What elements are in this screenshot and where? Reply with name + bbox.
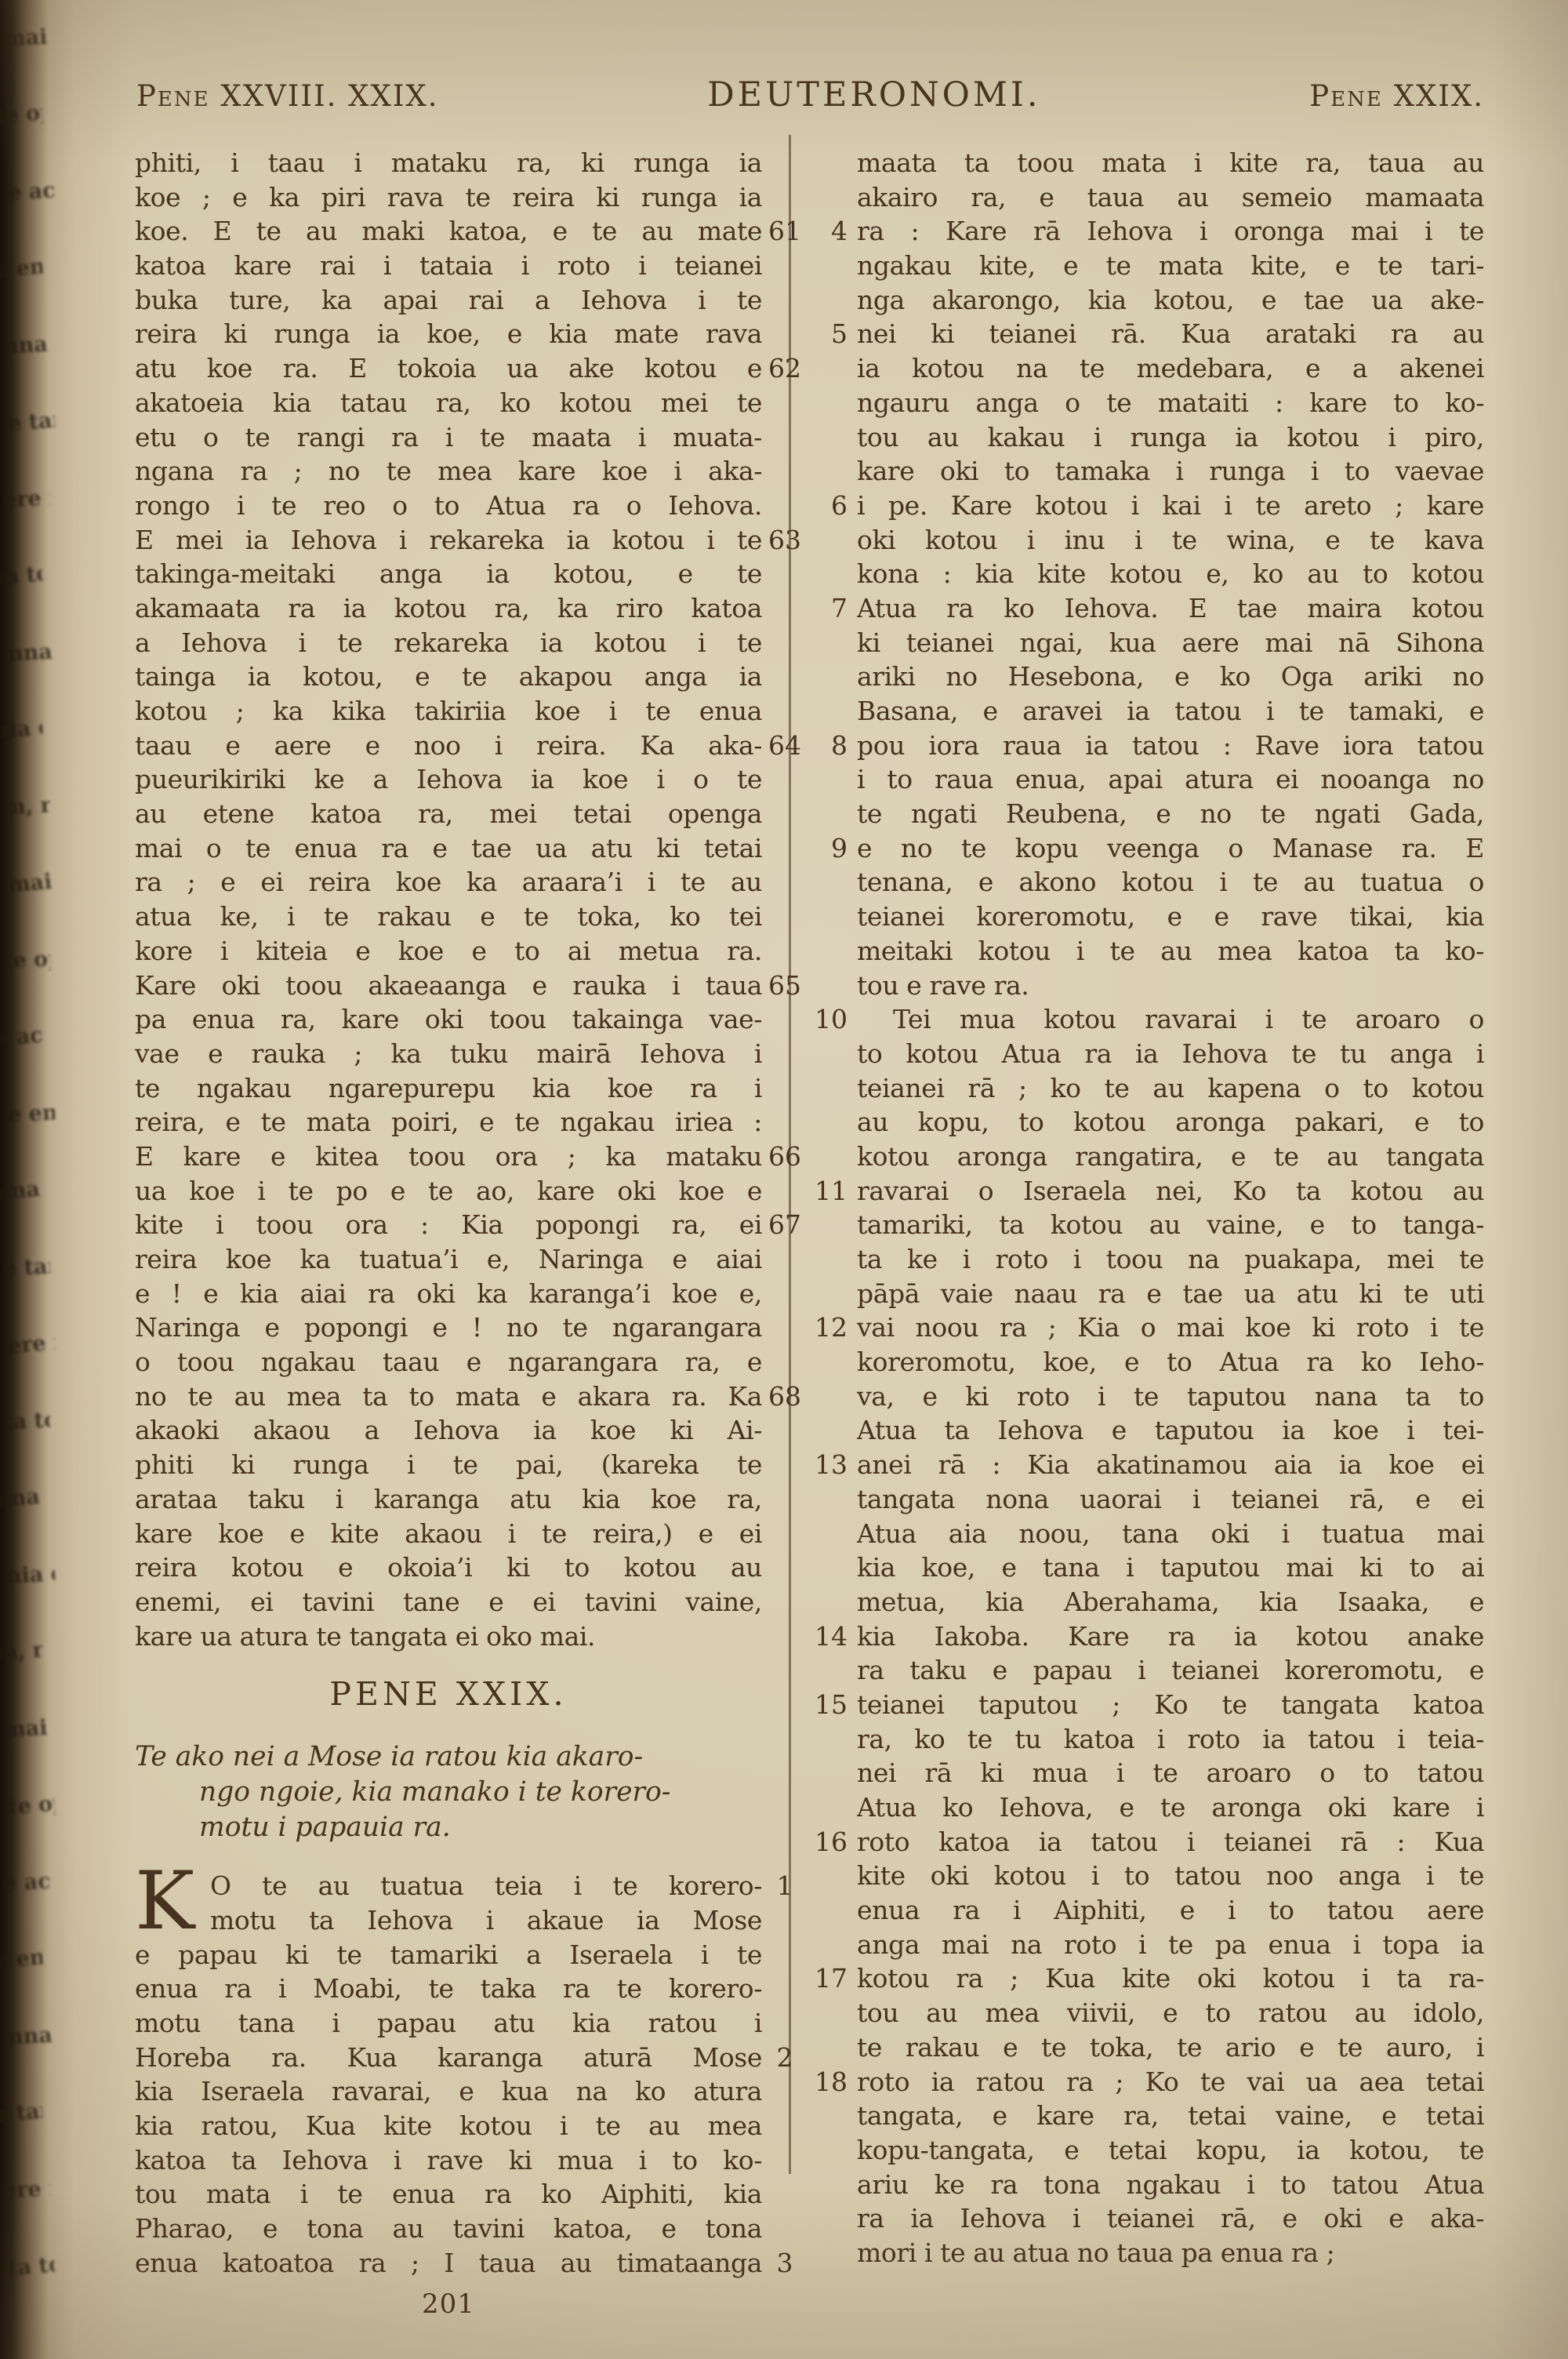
text-line: tou au mea viivii, e to ratou au idolo, [857,1996,1484,2030]
verse-number: 64 [767,729,803,763]
text-line: Atua aia noou, tana oki i tuatua mai [857,1517,1484,1551]
line-text: akatoeia kia tatau ra, ko kotou mei te [135,386,762,420]
text-line: tou au kakau i runga ia kotou i piro, [857,420,1484,455]
text-line: kotou ; ka kika takiriia koe i te enua [135,694,762,729]
text-line: akamaata ra ia kotou ra, ka riro katoa [135,591,762,626]
text-line: katoa ta Iehova i rave ki mua i to ko- [135,2143,762,2178]
text-line: pueurikiriki ke a Iehova ia koe i o te [135,762,762,797]
gutter-text-fragment: e enn [0,229,45,310]
line-text: phiti, i taau i mataku ra, ki runga ia [135,146,762,180]
text-line: enua ra i Moabi, te taka ra te korero- [135,1972,762,2006]
line-text: kore i kiteia e koe e to ai metua ra. [135,934,762,969]
text-line: taau e aere e noo i reira. Ka aka-64 [135,729,762,763]
line-text: Basana, e aravei ia tatou i te tamaki, e [857,694,1484,729]
text-line: e no te kopu veenga o Manase ra. E9 [857,831,1484,866]
text-line: buka ture, ka apai rai a Iehova i te [135,283,762,318]
text-line: motu tana i papau atu kia ratou i [135,2006,762,2041]
verse-number: 5 [805,317,848,351]
line-text: Kare oki toou akaeaanga e rauka i taua [135,969,762,1003]
text-line: enua ra i Aiphiti, e i to tatou aere [857,1893,1484,1928]
text-line: kare oki to tamaka i runga i to vaevae [857,454,1484,489]
gutter-text-fragment: ta to [1,1382,52,1461]
text-line: ia kotou na te medebara, e a akenei [857,351,1484,386]
line-text: kotou aronga rangatira, e te au tangata [857,1140,1484,1174]
text-line: Horeba ra. Kua karanga aturā Mose2 [135,2041,762,2075]
line-text: ngo ngoie, kia manako i te korero- [135,1775,762,1809]
line-text: te ngakau ngarepurepu kia koe ra i [135,1071,762,1106]
text-line: Atua ra ko Iehova. E tae maira kotou7 [857,591,1484,626]
verse-number: 1 [767,1869,803,1903]
line-text: enemi, ei tavini tane e ei tavini vaine, [135,1585,762,1619]
text-line: au kopu, to kotou aronga pakari, e to [857,1105,1484,1140]
text-line: tangata, e kare ra, tetai vaine, e tetai [857,2099,1484,2133]
text-line: no te au mea ta to mata e akara ra. Ka68 [135,1379,762,1414]
line-text: tou au kakau i runga ia kotou i piro, [857,420,1484,455]
text-line: e ! e kia aiai ra oki ka karanga’i koe e… [135,1277,762,1311]
text-line: meitaki kotou i te au mea katoa ta ko- [857,934,1484,969]
text-line: oki kotou i inu i te wina, e te kava [857,523,1484,558]
chapter-intro-summary: Te ako nei a Mose ia ratou kia akaro-ngo… [135,1739,762,1845]
text-line: maata ta toou mata i kite ra, taua au [857,146,1484,180]
line-text: motu tana i papau atu kia ratou i [135,2006,762,2041]
text-line: reira kotou e okoia’i ki to kotou au [135,1550,762,1585]
line-text: oki kotou i inu i te wina, e te kava [857,523,1484,558]
text-line: ua koe i te po e te ao, kare oki koe e [135,1174,762,1209]
text-line: ra ; e ei reira koe ka araara’i i te au [135,865,762,900]
line-text: reira ki runga ia koe, e kia mate rava [135,317,762,351]
text-line: metua, kia Aberahama, kia Isaaka, e [857,1585,1484,1619]
text-line: koe ; e ka piri rava te reira ki runga i… [135,180,762,215]
verse-number: 6 [805,489,848,523]
text-line: kopu-tangata, e tetai kopu, ia kotou, te [857,2133,1484,2168]
gutter-text-fragment: e acto [0,998,45,1078]
verse-number: 7 [805,591,848,626]
verse-number: 15 [805,1688,848,1722]
line-text: vae e rauka ; ka tuku mairā Iehova i [135,1037,762,1071]
text-line: ki teianei ngai, kua aere mai nā Sihona [857,626,1484,660]
text-line: nei ki teianei rā. Kua arataki ra au5 [857,317,1484,351]
line-text: O te au tuatua teia i te korero- [135,1869,762,1903]
line-text: Atua ra ko Iehova. E tae maira kotou [857,591,1484,626]
gutter-text-fragment: mai a [5,844,58,925]
line-text: ariki no Hesebona, e ko Oga ariki no [857,660,1484,694]
text-line: e papau ki te tamariki a Iseraela i te [135,1938,762,1972]
gutter-text-fragment: aia e [0,690,45,771]
line-text: enua ra i Aiphiti, e i to tatou aere [857,1893,1484,1928]
book-title: DEUTERONOMI. [707,75,1040,114]
text-line: kare koe e kite akaou i te reira,) e ei [135,1517,762,1551]
line-text: pou iora raua ia tatou : Rave iora tatou [857,729,1484,763]
text-line: katoa kare rai i tataia i roto i teianei [135,249,762,283]
text-line: ngana ra ; no te mea kare koe i aka- [135,454,762,489]
gutter-text-fragment: e enn [5,1074,56,1154]
scanned-book-page: mai ate ope actoe ennnna me tangere i tt… [0,0,1568,2359]
line-text: etu o te rangi ra i te maata i muata- [135,420,762,455]
gutter-text-fragment: mai a [1,1689,52,1768]
line-text: reira koe ka tuatua’i e, Naringa e aiai [135,1242,762,1277]
line-text: atua ke, i te rakau e te toka, ko tei [135,900,762,934]
line-text: metua, kia Aberahama, kia Isaaka, e [857,1585,1484,1619]
text-line: enemi, ei tavini tane e ei tavini vaine, [135,1585,762,1619]
text-line: reira koe ka tuatua’i e, Naringa e aiai [135,1242,762,1277]
chapter-heading: PENE XXIX. [135,1675,762,1713]
text-line: ra taku e papau i teianei koreromotu, e [857,1653,1484,1688]
line-text: no te au mea ta to mata e akara ra. Ka [135,1379,762,1414]
line-text: enua katoatoa ra ; I taua au timataanga [135,2246,762,2281]
line-text: kite i toou ora : Kia popongi ra, ei [135,1208,762,1242]
line-text: kare koe e kite akaou i te reira,) e ei [135,1517,762,1551]
right-column-verses-4-18: maata ta toou mata i kite ra, taua auaka… [857,146,1484,2270]
line-text: reira, e te mata poiri, e te ngakau irie… [135,1105,762,1140]
left-column-verses-61-68: phiti, i taau i mataku ra, ki runga iako… [135,146,762,1653]
line-text: ngakau kite, e te mata kite, e te tari- [857,249,1484,283]
line-text: taau e aere e noo i reira. Ka aka- [135,729,762,763]
text-line: ngauru anga o te mataiti : kare to ko- [857,386,1484,420]
right-column: maata ta toou mata i kite ra, taua auaka… [857,146,1484,2270]
text-line: kite oki kotou i to tatou noo anga i te [857,1859,1484,1893]
gutter-text-fragment: ere i t [1,460,52,539]
text-line: ngakau kite, e te mata kite, e te tari- [857,249,1484,283]
text-line: kia Iseraela ravarai, e kua na ko atura [135,2074,762,2109]
line-text: ta ke i roto i toou na puakapa, mei te [857,1242,1484,1277]
text-line: Naringa e popongi e ! no te ngarangara [135,1310,762,1345]
line-text: tangata, e kare ra, tetai vaine, e tetai [857,2099,1484,2133]
line-text: teianei rā ; ko te au kapena o to kotou [857,1071,1484,1106]
line-text: Atua ko Iehova, e te aronga oki kare i [857,1790,1484,1825]
text-line: phiti ki runga i te pai, (kareka te [135,1448,762,1482]
line-text: atu koe ra. E tokoia ua ake kotou e [135,351,762,386]
line-text: ra, ko te tu katoa i roto ia tatou i tei… [857,1722,1484,1757]
gutter-text-fragment: e tang [1,1228,52,1307]
text-line: roto katoa ia tatou i teianei rā : Kua16 [857,1825,1484,1859]
text-line: o toou ngakau taau e ngarangara ra, e [135,1345,762,1379]
gutter-text-fragment: ta to [0,536,45,617]
text-line: i to raua enua, apai atura ei nooanga no [857,762,1484,797]
line-text: meitaki kotou i te au mea katoa ta ko- [857,934,1484,969]
line-text: ra ; e ei reira koe ka araara’i i te au [135,865,762,900]
line-text: mai o te enua ra e tae ua atu ki tetai [135,831,762,866]
verse-number: 62 [767,351,803,386]
page-number: 201 [135,2288,762,2320]
line-text: koe ; e ka piri rava te reira ki runga i… [135,180,762,215]
gutter-text-fragment: e tang [0,2074,45,2154]
gutter-text-fragment: e tang [5,383,58,463]
verse-number: 4 [805,214,848,249]
line-text: i pe. Kare kotou i kai i te areto ; kare [857,489,1484,523]
text-line: i pe. Kare kotou i kai i te areto ; kare… [857,489,1484,523]
line-text: roto katoa ia tatou i teianei rā : Kua [857,1825,1484,1859]
text-line: teianei taputou ; Ko te tangata katoa15 [857,1688,1484,1722]
text-line: Basana, e aravei ia tatou i te tamaki, e [857,694,1484,729]
text-line: kia ratou, Kua kite kotou i te au mea [135,2109,762,2143]
drop-cap: K [135,1866,194,1938]
line-text: Te ako nei a Mose ia ratou kia akaro- [135,1739,762,1774]
gutter-text-fragment: ta to [5,2227,58,2308]
line-text: enua ra i Moabi, te taka ra te korero- [135,1972,762,2006]
text-line: enua katoatoa ra ; I taua au timataanga3 [135,2246,762,2281]
line-text: nga akarongo, kia kotou, e tae ua ake- [857,283,1484,318]
line-text: a Iehova i te rekareka ia kotou i te [135,626,762,660]
verse-number: 3 [767,2246,803,2281]
text-line: Tei mua kotou ravarai i te aroaro o10 [857,1002,1484,1037]
text-line: motu ta Iehova i akaue ia Mose [135,1903,762,1938]
gutter-text-fragment: m, ra [0,1612,45,1693]
text-line: kite i toou ora : Kia popongi ra, ei67 [135,1208,762,1242]
line-text: ra ia Iehova i teianei rā, e oki e aka- [857,2201,1484,2236]
verse-number: 8 [805,729,848,763]
text-line: tangata nona uaorai i teianei rā, e ei [857,1482,1484,1517]
line-text: tou mata i te enua ra ko Aiphiti, kia [135,2177,762,2212]
text-line: kia Iakoba. Kare ra ia kotou anake14 [857,1619,1484,1654]
page-header: Pene XXVIII. XXIX. DEUTERONOMI. Pene XXI… [136,75,1484,114]
verse-1-lines: O te au tuatua teia i te korero-1motu ta… [135,1869,762,2280]
line-text: tainga ia kotou, e te akapou anga ia [135,660,762,694]
gutter-text-fragment: ere i t [5,1305,58,1386]
line-text: Atua ta Iehova e taputou ia koe i tei- [857,1413,1484,1448]
text-line: anei rā : Kia akatinamou aia ia koe ei13 [857,1448,1484,1482]
text-line: mai o te enua ra e tae ua atu ki tetai [135,831,762,866]
text-line: Pharao, e tona au tavini katoa, e tona [135,2212,762,2246]
gutter-text-fragment: aia e [5,1536,56,1615]
verse-number: 66 [767,1140,803,1174]
running-title-right: Pene XXIX. [1309,79,1484,113]
text-line: Atua ko Iehova, e te aronga oki kare i [857,1790,1484,1825]
text-line: Atua ta Iehova e taputou ia koe i tei- [857,1413,1484,1448]
line-text: teianei koreromotu, e e rave tikai, kia [857,900,1484,934]
line-text: nei rā ki mua i te aroaro o to tatou [857,1756,1484,1790]
text-line: etu o te rangi ra i te maata i muata- [135,420,762,455]
text-line: atu koe ra. E tokoia ua ake kotou e62 [135,351,762,386]
line-text: tangata nona uaorai i teianei rā, e ei [857,1482,1484,1517]
line-text: kia ratou, Kua kite kotou i te au mea [135,2109,762,2143]
text-line: ngo ngoie, kia manako i te korero- [135,1775,762,1810]
line-text: ia kotou na te medebara, e a akenei [857,351,1484,386]
line-text: te rakau e te toka, te ario e te auro, i [857,2030,1484,2065]
line-text: ra : Kare rā Iehova i oronga mai i te [857,214,1484,249]
text-line: ra ia Iehova i teianei rā, e oki e aka- [857,2201,1484,2236]
text-line: Kare oki toou akaeaanga e rauka i taua65 [135,969,762,1003]
text-line: teianei rā ; ko te au kapena o to kotou [857,1071,1484,1106]
text-line: vai noou ra ; Kia o mai koe ki roto i te… [857,1310,1484,1345]
text-line: tou e rave ra. [857,969,1484,1003]
book-gutter-edge: mai ate ope actoe ennnna me tangere i tt… [0,0,133,2359]
text-line: kotou aronga rangatira, e te au tangata [857,1140,1484,1174]
line-text: ra taku e papau i teianei koreromotu, e [857,1653,1484,1688]
text-line: te ngakau ngarepurepu kia koe ra i [135,1071,762,1106]
text-line: ra : Kare rā Iehova i oronga mai i te4 [857,214,1484,249]
line-text: akaoki akaou a Iehova ia koe ki Ai- [135,1413,762,1448]
text-line: nei rā ki mua i te aroaro o to tatou [857,1756,1484,1790]
text-line: tou mata i te enua ra ko Aiphiti, kia [135,2177,762,2212]
line-text: nei ki teianei rā. Kua arataki ra au [857,317,1484,351]
gutter-text-fragment: m, ra [1,767,52,846]
line-text: tou e rave ra. [857,969,1484,1003]
text-line: roto ia ratou ra ; Ko te vai ua aea teta… [857,2065,1484,2099]
text-line: reira ki runga ia koe, e kia mate rava [135,317,762,351]
line-text: o toou ngakau taau e ngarangara ra, e [135,1345,762,1379]
text-line: vae e rauka ; ka tuku mairā Iehova i [135,1037,762,1071]
line-text: ngauru anga o te mataiti : kare to ko- [857,386,1484,420]
gutter-text-fragment: e acto [1,1843,52,1922]
line-text: reira kotou e okoia’i ki to kotou au [135,1550,762,1585]
gutter-text-fragment: e acto [5,152,56,231]
line-text: maata ta toou mata i kite ra, taua au [857,146,1484,180]
line-text: katoa ta Iehova i rave ki mua i to ko- [135,2143,762,2178]
verse-number: 13 [805,1448,848,1482]
line-text: tamariki, ta kotou au vaine, e to tanga- [857,1208,1484,1242]
line-text: rongo i te reo o to Atua ra o Iehova. [135,489,762,523]
text-line: kare ua atura te tangata ei oko mai. [135,1619,762,1654]
text-line: pou iora raua ia tatou : Rave iora tatou… [857,729,1484,763]
line-text: Atua aia noou, tana oki i tuatua mai [857,1517,1484,1551]
text-line: kona : kia kite kotou e, ko au to kotou [857,557,1484,591]
verse-number: 10 [805,1002,848,1037]
line-text: akamaata ra ia kotou ra, ka riro katoa [135,591,762,626]
line-text: kotou ; ka kika takiriia koe i te enua [135,694,762,729]
text-line: to kotou Atua ra ia Iehova te tu anga i [857,1037,1484,1071]
line-text: teianei taputou ; Ko te tangata katoa [857,1688,1484,1722]
text-line: mori i te au atua no taua pa enua ra ; [857,2236,1484,2270]
line-text: katoa kare rai i tataia i roto i teianei [135,249,762,283]
verse-number: 18 [805,2065,848,2099]
gutter-text-fragment: nna ra [5,613,56,692]
text-line: pāpā vaie naau ra e tae ua atu ki te uti [857,1277,1484,1311]
text-line: te rakau e te toka, te ario e te auro, i [857,2030,1484,2065]
text-line: arataa taku i karanga atu kia koe ra, [135,1482,762,1517]
line-text: E kare e kitea toou ora ; ka mataku [135,1140,762,1174]
verse-number: 67 [767,1208,803,1242]
text-line: motu i papauia ra. [135,1810,762,1845]
line-text: vai noou ra ; Kia o mai koe ki roto i te [857,1310,1484,1345]
line-text: te ngati Reubena, e no te ngati Gada, [857,797,1484,831]
line-text: koe. E te au maki katoa, e te au mate [135,214,762,249]
text-line: ravarai o Iseraela nei, Ko ta kotou au11 [857,1174,1484,1209]
text-line: pa enua ra, kare oki toou takainga vae- [135,1002,762,1037]
line-text: anga mai na roto i te pa enua i topa ia [857,1928,1484,1962]
text-line: takinga-meitaki anga ia kotou, e te [135,557,762,591]
text-line: kore i kiteia e koe e to ai metua ra. [135,934,762,969]
line-text: kopu-tangata, e tetai kopu, ia kotou, te [857,2133,1484,2168]
gutter-text-fragment: te op [1,921,52,1000]
gutter-text-fragment: nna m [0,1151,45,1232]
text-line: akairo ra, e taua au semeio mamaata [857,180,1484,215]
verse-number: 16 [805,1825,848,1859]
text-line: ariu ke ra tona ngakau i to tatou Atua [857,2168,1484,2202]
line-text: kia Iseraela ravarai, e kua na ko atura [135,2074,762,2109]
text-line: O te au tuatua teia i te korero-1 [135,1869,762,1903]
text-line: tenana, e akono kotou i te au tuatua o [857,865,1484,900]
verse-number: 14 [805,1619,848,1654]
line-text: kare oki to tamaka i runga i to vaevae [857,454,1484,489]
text-line: akaoki akaou a Iehova ia koe ki Ai- [135,1413,762,1448]
gutter-text-fragment: e enn [0,1920,45,2001]
text-line: Te ako nei a Mose ia ratou kia akaro- [135,1739,762,1775]
gutter-text-fragment: ere i t [1,2150,52,2230]
text-line: tainga ia kotou, e te akapou anga ia [135,660,762,694]
text-line: E kare e kitea toou ora ; ka mataku66 [135,1140,762,1174]
gutter-text-fragment: nna m [5,1997,56,2076]
line-text: kia koe, e tana i taputou mai ki to ai [857,1550,1484,1585]
line-text: au kopu, to kotou aronga pakari, e to [857,1105,1484,1140]
text-line: tamariki, ta kotou au vaine, e to tanga- [857,1208,1484,1242]
line-text: e no te kopu veenga o Manase ra. E [857,831,1484,866]
text-line: koe. E te au maki katoa, e te au mate61 [135,214,762,249]
verse-number: 11 [805,1174,848,1209]
line-text: tou au mea viivii, e to ratou au idolo, [857,1996,1484,2030]
text-line: ta ke i roto i toou na puakapa, mei te [857,1242,1484,1277]
text-line: nga akarongo, kia kotou, e tae ua ake- [857,283,1484,318]
line-text: ngana ra ; no te mea kare koe i aka- [135,454,762,489]
text-line: teianei koreromotu, e e rave tikai, kia [857,900,1484,934]
line-text: Horeba ra. Kua karanga aturā Mose [135,2041,762,2075]
line-text: anei rā : Kia akatinamou aia ia koe ei [857,1448,1484,1482]
line-text: kare ua atura te tangata ei oko mai. [135,1619,762,1654]
verse-number: 12 [805,1310,848,1345]
line-text: pa enua ra, kare oki toou takainga vae- [135,1002,762,1037]
line-text: takinga-meitaki anga ia kotou, e te [135,557,762,591]
verse-number: 2 [767,2041,803,2075]
line-text: E mei ia Iehova i rekareka ia kotou i te [135,523,762,558]
verse-number: 9 [805,831,848,866]
line-text: ua koe i te po e te ao, kare oki koe e [135,1174,762,1209]
text-line: kotou ra ; Kua kite oki kotou i ta ra-17 [857,1961,1484,1996]
line-text: Pharao, e tona au tavini katoa, e tona [135,2212,762,2246]
line-text: au etene katoa ra, mei tetai openga [135,797,762,831]
line-text: akairo ra, e taua au semeio mamaata [857,180,1484,215]
line-text: koreromotu, koe, e to Atua ra ko Ieho- [857,1345,1484,1379]
line-text: to kotou Atua ra ia Iehova te tu anga i [857,1037,1484,1071]
line-text: arataa taku i karanga atu kia koe ra, [135,1482,762,1517]
line-text: Tei mua kotou ravarai i te aroaro o [857,1002,1484,1037]
text-line: au etene katoa ra, mei tetai openga [135,797,762,831]
gutter-text-fragment: te op [5,1766,58,1847]
text-line: te ngati Reubena, e no te ngati Gada, [857,797,1484,831]
gutter-text-fragment: mai a [1,0,52,78]
line-text: ravarai o Iseraela nei, Ko ta kotou au [857,1174,1484,1209]
text-line: rongo i te reo o to Atua ra o Iehova. [135,489,762,523]
verse-number: 65 [767,969,803,1003]
line-text: pāpā vaie naau ra e tae ua atu ki te uti [857,1277,1484,1311]
gutter-text-fragment: nna m [1,306,52,385]
text-line: ariki no Hesebona, e ko Oga ariki no [857,660,1484,694]
line-text: pueurikiriki ke a Iehova ia koe i o te [135,762,762,797]
text-line: anga mai na roto i te pa enua i topa ia [857,1928,1484,1962]
verse-number: 17 [805,1961,848,1996]
line-text: ariu ke ra tona ngakau i to tatou Atua [857,2168,1484,2202]
text-line: va, e ki roto i te taputou nana ta to [857,1379,1484,1414]
line-text: i to raua enua, apai atura ei nooanga no [857,762,1484,797]
text-line: reira, e te mata poiri, e te ngakau irie… [135,1105,762,1140]
text-line: koreromotu, koe, e to Atua ra ko Ieho- [857,1345,1484,1379]
line-text: tenana, e akono kotou i te au tuatua o [857,865,1484,900]
gutter-text-fragment: nna ra [0,1459,45,1539]
line-text: va, e ki roto i te taputou nana ta to [857,1379,1484,1414]
line-text: roto ia ratou ra ; Ko te vai ua aea teta… [857,2065,1484,2099]
line-text: motu i papauia ra. [135,1810,762,1845]
line-text: kotou ra ; Kua kite oki kotou i ta ra- [857,1961,1484,1996]
line-text: kia Iakoba. Kare ra ia kotou anake [857,1619,1484,1654]
text-line: kia koe, e tana i taputou mai ki to ai [857,1550,1484,1585]
line-text: kite oki kotou i to tatou noo anga i te [857,1859,1484,1893]
text-line: E mei ia Iehova i rekareka ia kotou i te… [135,523,762,558]
running-title-left: Pene XXVIII. XXIX. [136,79,439,113]
verse-number: 68 [767,1379,803,1414]
line-text: e papau ki te tamariki a Iseraela i te [135,1938,762,1972]
gutter-text-fragment: te op [0,75,45,156]
left-column: phiti, i taau i mataku ra, ki runga iako… [135,146,762,2320]
line-text: buka ture, ka apai rai a Iehova i te [135,283,762,318]
line-text: mori i te au atua no taua pa enua ra ; [857,2236,1484,2270]
